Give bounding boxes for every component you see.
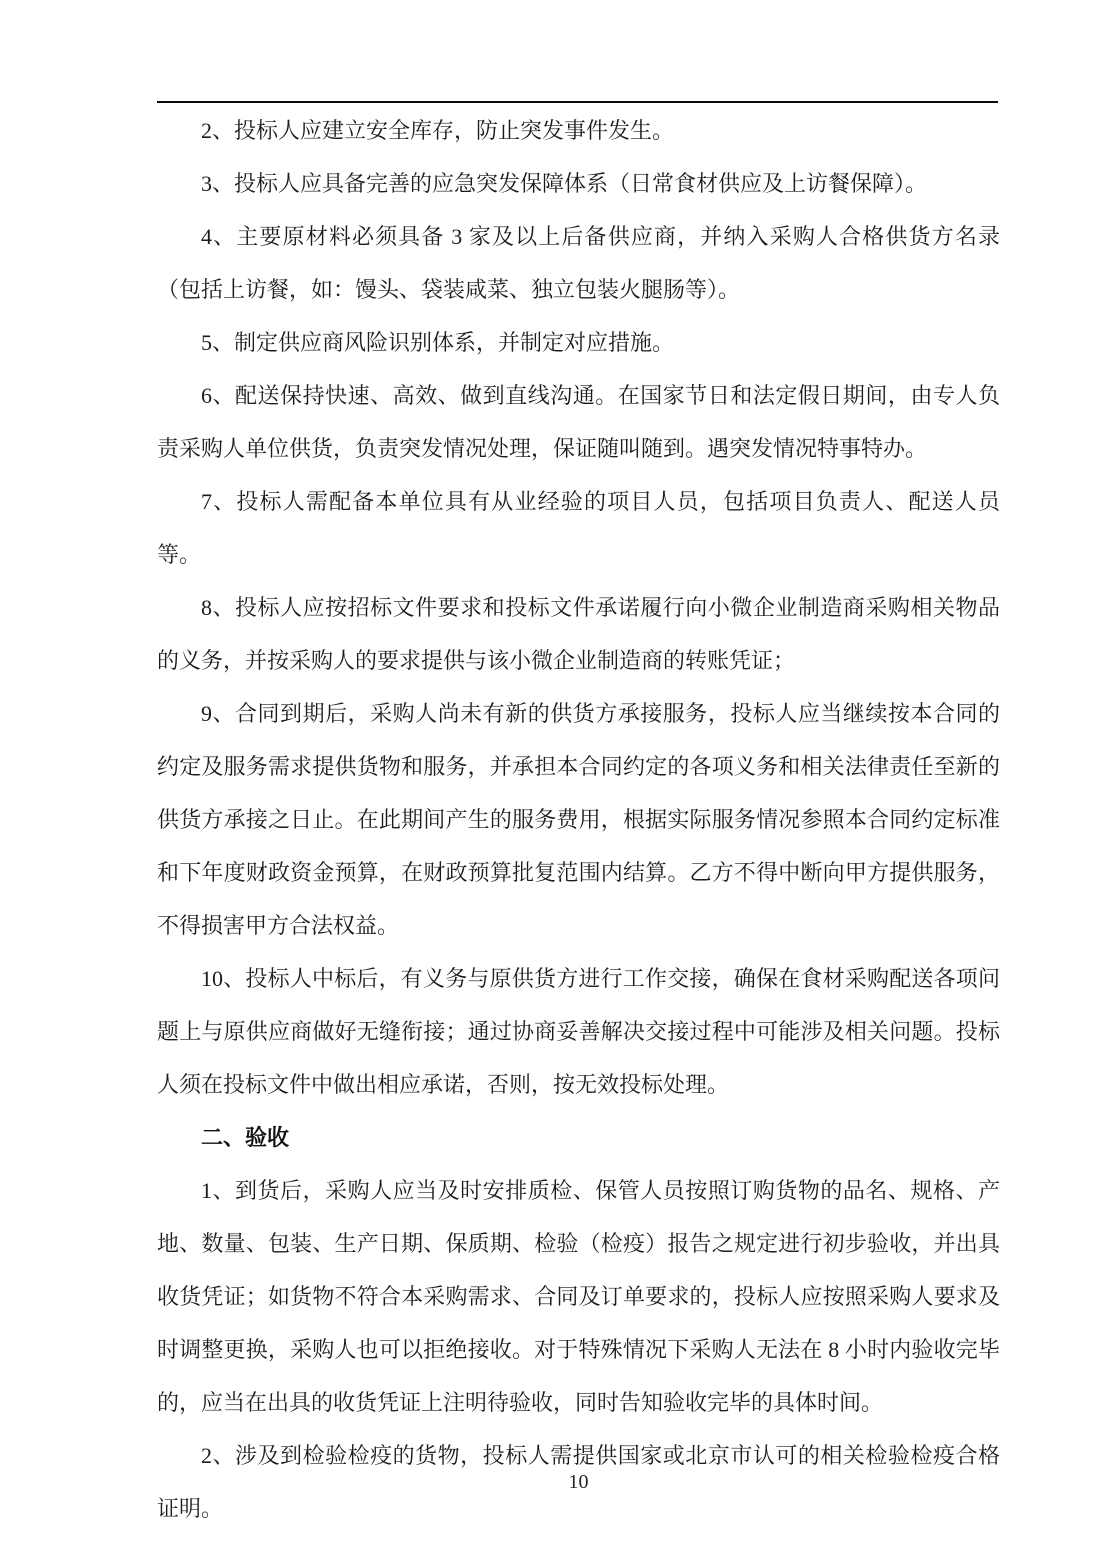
paragraph: 3、投标人应具备完善的应急突发保障体系（日常食材供应及上访餐保障）。	[157, 157, 1000, 210]
paragraph: 10、投标人中标后，有义务与原供货方进行工作交接，确保在食材采购配送各项问题上与…	[157, 952, 1000, 1111]
document-body: 2、投标人应建立安全库存，防止突发事件发生。 3、投标人应具备完善的应急突发保障…	[157, 104, 1000, 1535]
paragraph: 6、配送保持快速、高效、做到直线沟通。在国家节日和法定假日期间，由专人负责采购人…	[157, 369, 1000, 475]
paragraph: 4、主要原材料必须具备 3 家及以上后备供应商，并纳入采购人合格供货方名录（包括…	[157, 210, 1000, 316]
paragraph: 9、合同到期后，采购人尚未有新的供货方承接服务，投标人应当继续按本合同的约定及服…	[157, 687, 1000, 952]
page-number: 10	[569, 1471, 589, 1493]
paragraph: 1、到货后，采购人应当及时安排质检、保管人员按照订购货物的品名、规格、产地、数量…	[157, 1164, 1000, 1429]
page-footer: 10	[157, 1468, 1000, 1496]
section-heading: 二、验收	[157, 1111, 1000, 1164]
document-page: 2、投标人应建立安全库存，防止突发事件发生。 3、投标人应具备完善的应急突发保障…	[0, 0, 1103, 1559]
header-divider	[157, 101, 998, 103]
paragraph: 2、投标人应建立安全库存，防止突发事件发生。	[157, 104, 1000, 157]
paragraph: 8、投标人应按招标文件要求和投标文件承诺履行向小微企业制造商采购相关物品的义务，…	[157, 581, 1000, 687]
paragraph: 5、制定供应商风险识别体系，并制定对应措施。	[157, 316, 1000, 369]
paragraph: 7、投标人需配备本单位具有从业经验的项目人员，包括项目负责人、配送人员等。	[157, 475, 1000, 581]
